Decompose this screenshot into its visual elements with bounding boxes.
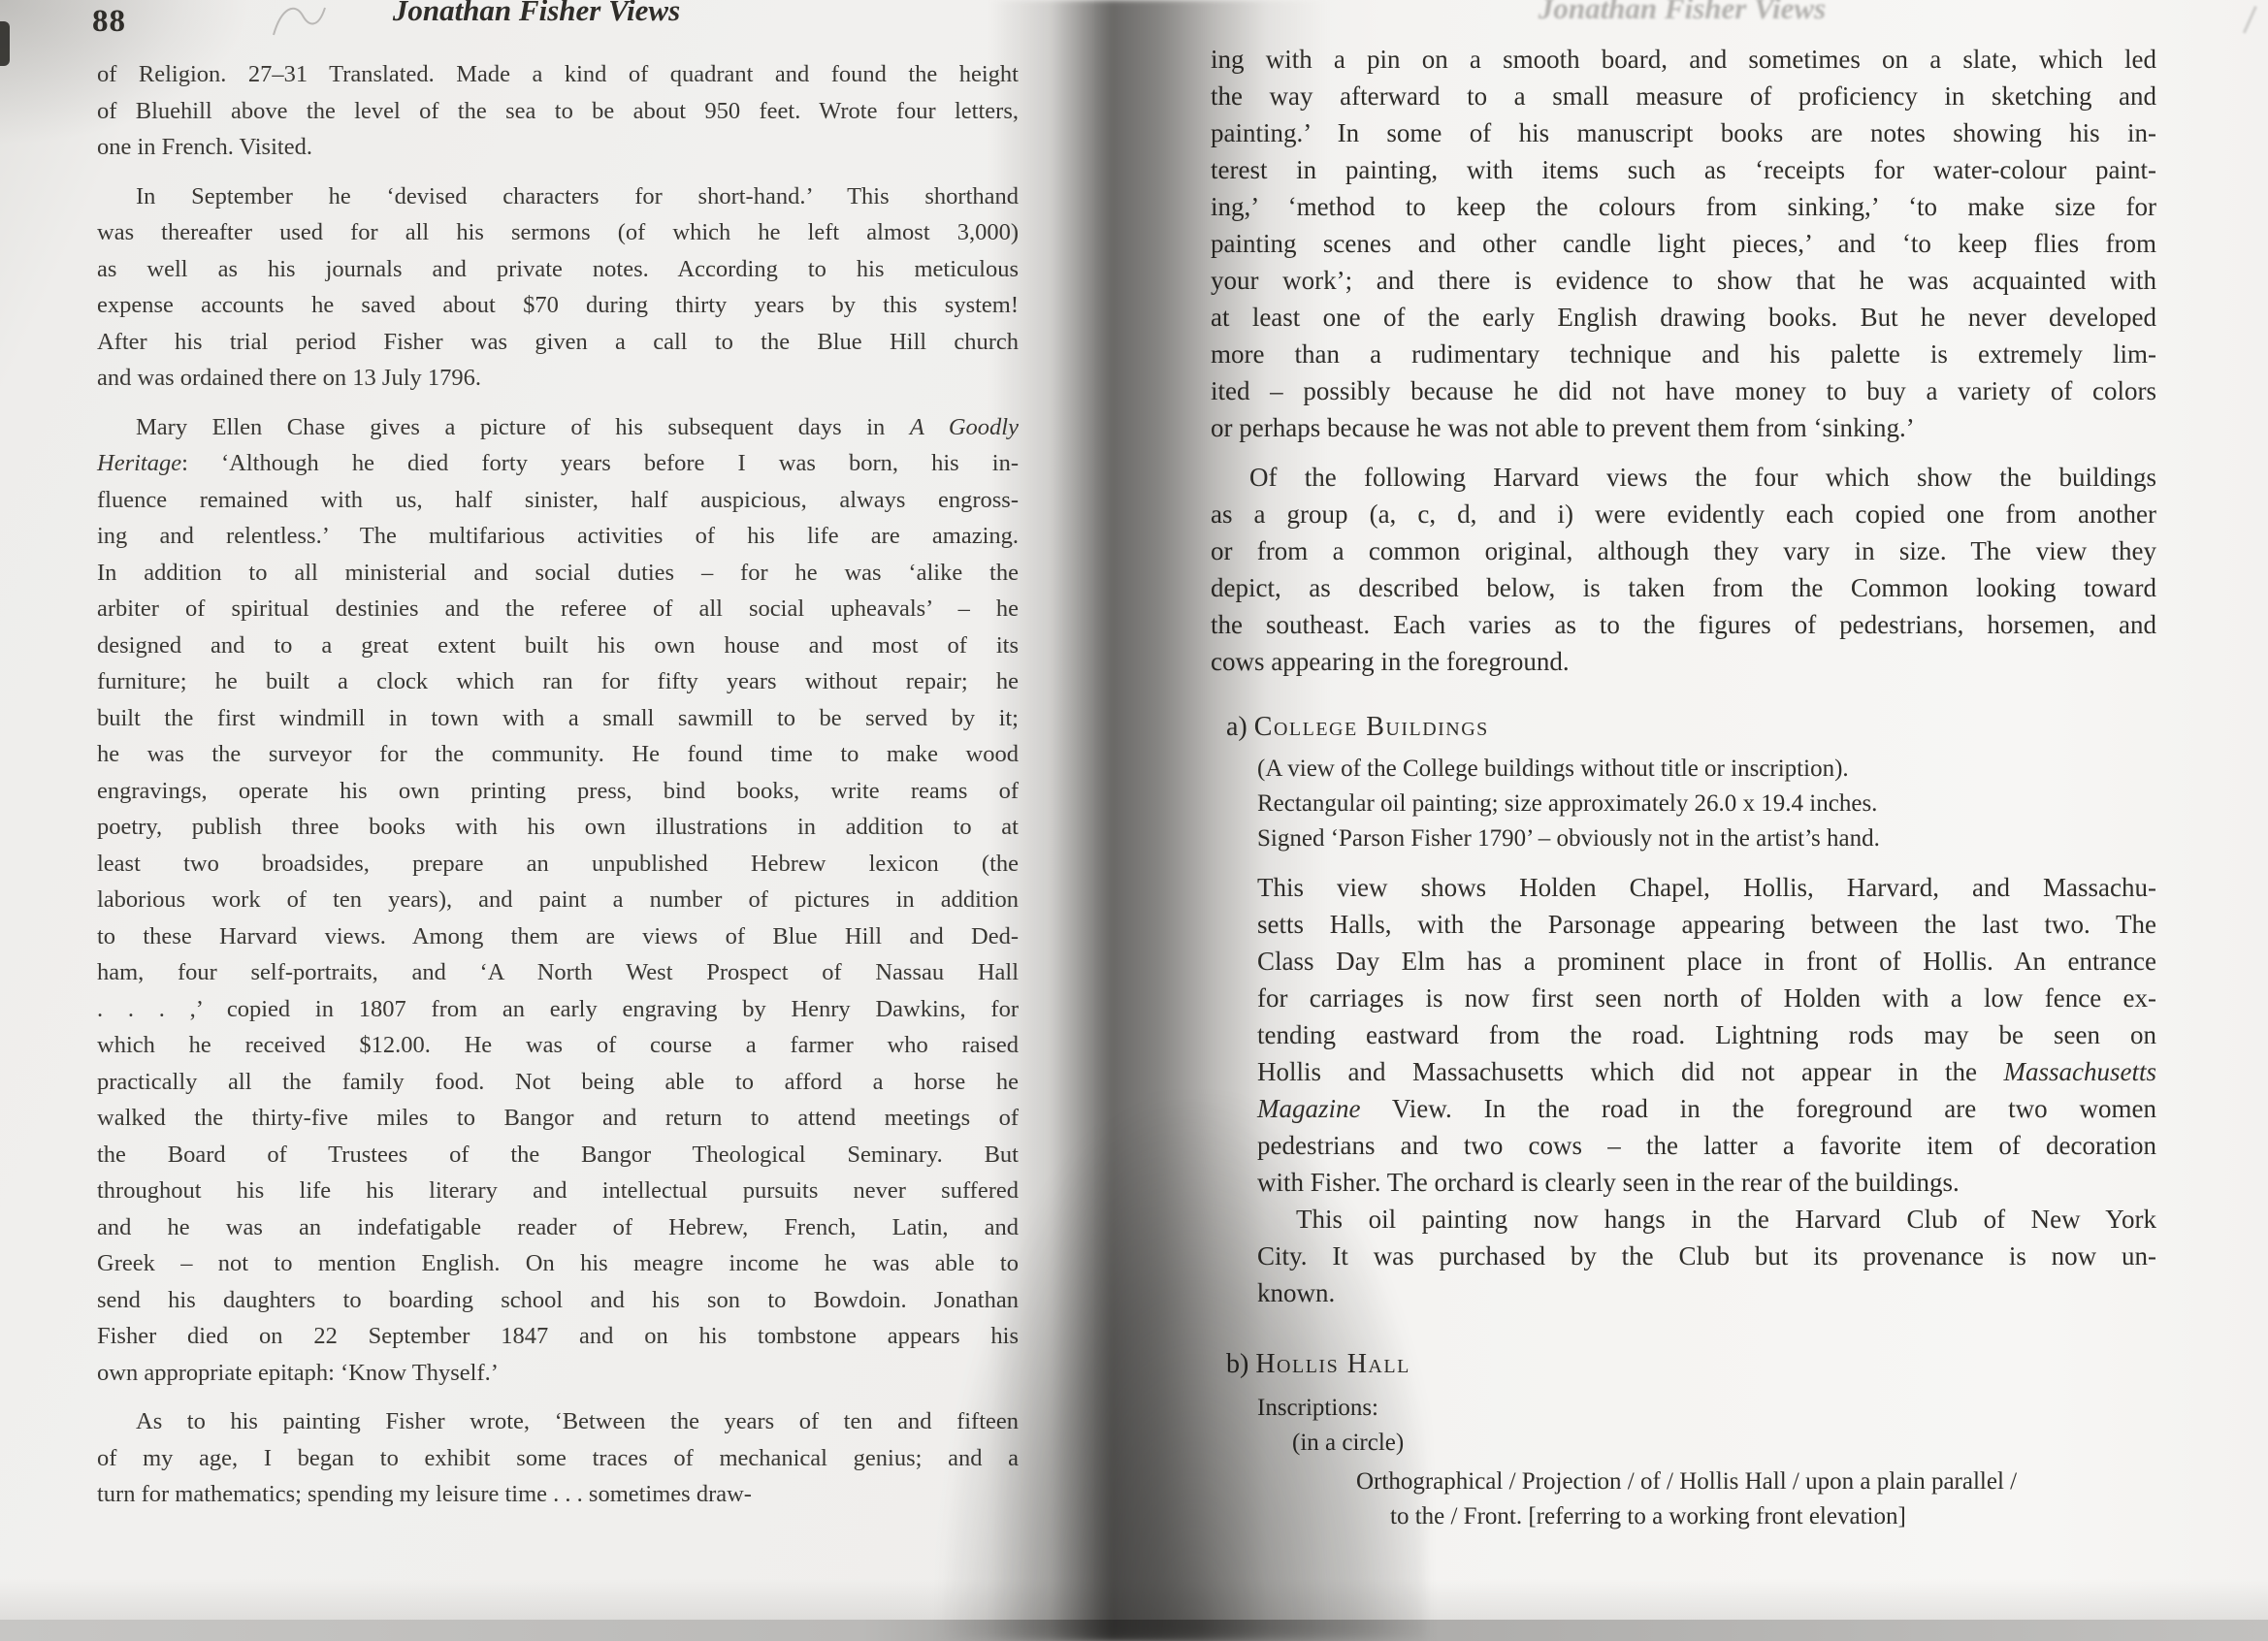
text-line: send his daughters to boarding school an… [97, 1282, 1019, 1319]
text-line: built the first windmill in town with a … [97, 700, 1019, 737]
text-line: After his trial period Fisher was given … [97, 324, 1019, 361]
text-line: Rectangular oil painting; size approxima… [1257, 787, 2156, 821]
text-line: as a group (a, c, d, and i) were evident… [1211, 496, 2156, 532]
text-line: of my age, I began to exhibit some trace… [97, 1440, 1019, 1477]
text-line: he was the surveyor for the community. H… [97, 736, 1019, 773]
text-line: own appropriate epitaph: ‘Know Thyself.’ [97, 1355, 1019, 1392]
text-line: which he received $12.00. He was of cour… [97, 1027, 1019, 1064]
text-line: practically all the family food. Not bei… [97, 1064, 1019, 1101]
text-line: Inscriptions: [1257, 1391, 2156, 1426]
scanner-edge-mark [0, 21, 10, 66]
text-line: with Fisher. The orchard is clearly seen… [1257, 1164, 2156, 1201]
text-line: pedestrians and two cows – the latter a … [1257, 1127, 2156, 1164]
text-line: known. [1257, 1274, 2156, 1311]
text-line: This view shows Holden Chapel, Hollis, H… [1257, 869, 2156, 906]
text-line: tending eastward from the road. Lightnin… [1257, 1016, 2156, 1053]
text-line: In addition to all ministerial and socia… [97, 555, 1019, 592]
text-line: City. It was purchased by the Club but i… [1257, 1238, 2156, 1274]
text-line: furniture; he built a clock which ran fo… [97, 663, 1019, 700]
text-line: throughout his life his literary and int… [97, 1173, 1019, 1209]
text-line: Orthographical / Projection / of / Holli… [1356, 1464, 2156, 1499]
text-line: Class Day Elm has a prominent place in f… [1257, 943, 2156, 980]
text-line: to the / Front. [referring to a working … [1390, 1499, 2156, 1534]
text-line: poetry, publish three books with his own… [97, 809, 1019, 846]
text-line: your work’; and there is evidence to sho… [1211, 262, 2156, 299]
text-line: designed and to a great extent built his… [97, 627, 1019, 664]
text-line: a) College Buildings [1226, 709, 2156, 746]
text-line: As to his painting Fisher wrote, ‘Betwee… [97, 1403, 1019, 1440]
text-line: and he was an indefatigable reader of He… [97, 1209, 1019, 1246]
right-running-header-faded: Jonathan Fisher Views [1539, 0, 1826, 26]
text-line: or perhaps because he was not able to pr… [1211, 409, 2156, 446]
text-line: least two broadsides, prepare an unpubli… [97, 846, 1019, 883]
text-line: Magazine View. In the road in the foregr… [1257, 1090, 2156, 1127]
text-line: cows appearing in the foreground. [1211, 643, 2156, 680]
text-line: and was ordained there on 13 July 1796. [97, 360, 1019, 397]
text-line: for carriages is now first seen north of… [1257, 980, 2156, 1016]
text-line: Mary Ellen Chase gives a picture of his … [97, 409, 1019, 446]
text-line: the southeast. Each varies as to the fig… [1211, 606, 2156, 643]
text-line: ing and relentless.’ The multifarious ac… [97, 518, 1019, 555]
text-line: engravings, operate his own printing pre… [97, 773, 1019, 810]
text-line: Fisher died on 22 September 1847 and on … [97, 1318, 1019, 1355]
text-line: b) Hollis Hall [1226, 1346, 2156, 1383]
left-page-number: 88 [92, 4, 126, 40]
text-line: laborious work of ten years), and paint … [97, 882, 1019, 918]
scan-bottom-strip [0, 1620, 2268, 1641]
text-line: turn for mathematics; spending my leisur… [97, 1476, 1019, 1513]
text-line: as well as his journals and private note… [97, 251, 1019, 288]
text-line: Hollis and Massachusetts which did not a… [1257, 1053, 2156, 1090]
text-line: the way afterward to a small measure of … [1211, 78, 2156, 114]
text-line: of Religion. 27–31 Translated. Made a ki… [97, 56, 1019, 93]
text-line: This oil painting now hangs in the Harva… [1257, 1201, 2156, 1238]
text-line: walked the thirty-five miles to Bangor a… [97, 1100, 1019, 1137]
left-page-text-column: of Religion. 27–31 Translated. Made a ki… [97, 56, 1019, 1513]
text-line: or from a common original, although they… [1211, 532, 2156, 569]
text-line: ited – possibly because he did not have … [1211, 372, 2156, 409]
text-line: the Board of Trustees of the Bangor Theo… [97, 1137, 1019, 1174]
text-line: at least one of the early English drawin… [1211, 299, 2156, 336]
text-line: terest in painting, with items such as ‘… [1211, 151, 2156, 188]
text-line: (in a circle) [1292, 1426, 2156, 1461]
text-line: Heritage: ‘Although he died forty years … [97, 445, 1019, 482]
ink-squiggle-mark [270, 0, 330, 46]
text-line: fluence remained with us, half sinister,… [97, 482, 1019, 519]
text-line: ham, four self-portraits, and ‘A North W… [97, 954, 1019, 991]
text-line: more than a rudimentary technique and hi… [1211, 336, 2156, 372]
text-line: ing,’ ‘method to keep the colours from s… [1211, 188, 2156, 225]
text-line: depict, as described below, is taken fro… [1211, 569, 2156, 606]
text-line: one in French. Visited. [97, 129, 1019, 166]
book-spread-scan: 88 Jonathan Fisher Views Jonathan Fisher… [0, 0, 2268, 1641]
text-line: painting scenes and other candle light p… [1211, 225, 2156, 262]
text-line: (A view of the College buildings without… [1257, 752, 2156, 787]
text-line: setts Halls, with the Parsonage appearin… [1257, 906, 2156, 943]
text-line: to these Harvard views. Among them are v… [97, 918, 1019, 955]
text-line: was thereafter used for all his sermons … [97, 214, 1019, 251]
text-line: Signed ‘Parson Fisher 1790’ – obviously … [1257, 821, 2156, 856]
text-line: In September he ‘devised characters for … [97, 178, 1019, 215]
text-line: ing with a pin on a smooth board, and so… [1211, 41, 2156, 78]
text-line: arbiter of spiritual destinies and the r… [97, 591, 1019, 627]
text-line: of Bluehill above the level of the sea t… [97, 93, 1019, 130]
right-page-text-column: ing with a pin on a smooth board, and so… [1211, 41, 2156, 1534]
text-line: Of the following Harvard views the four … [1211, 459, 2156, 496]
text-line: . . . ,’ copied in 1807 from an early en… [97, 991, 1019, 1028]
text-line: expense accounts he saved about $70 duri… [97, 287, 1019, 324]
text-line: Greek – not to mention English. On his m… [97, 1245, 1019, 1282]
text-line: painting.’ In some of his manuscript boo… [1211, 114, 2156, 151]
left-running-header: Jonathan Fisher Views [393, 0, 680, 28]
